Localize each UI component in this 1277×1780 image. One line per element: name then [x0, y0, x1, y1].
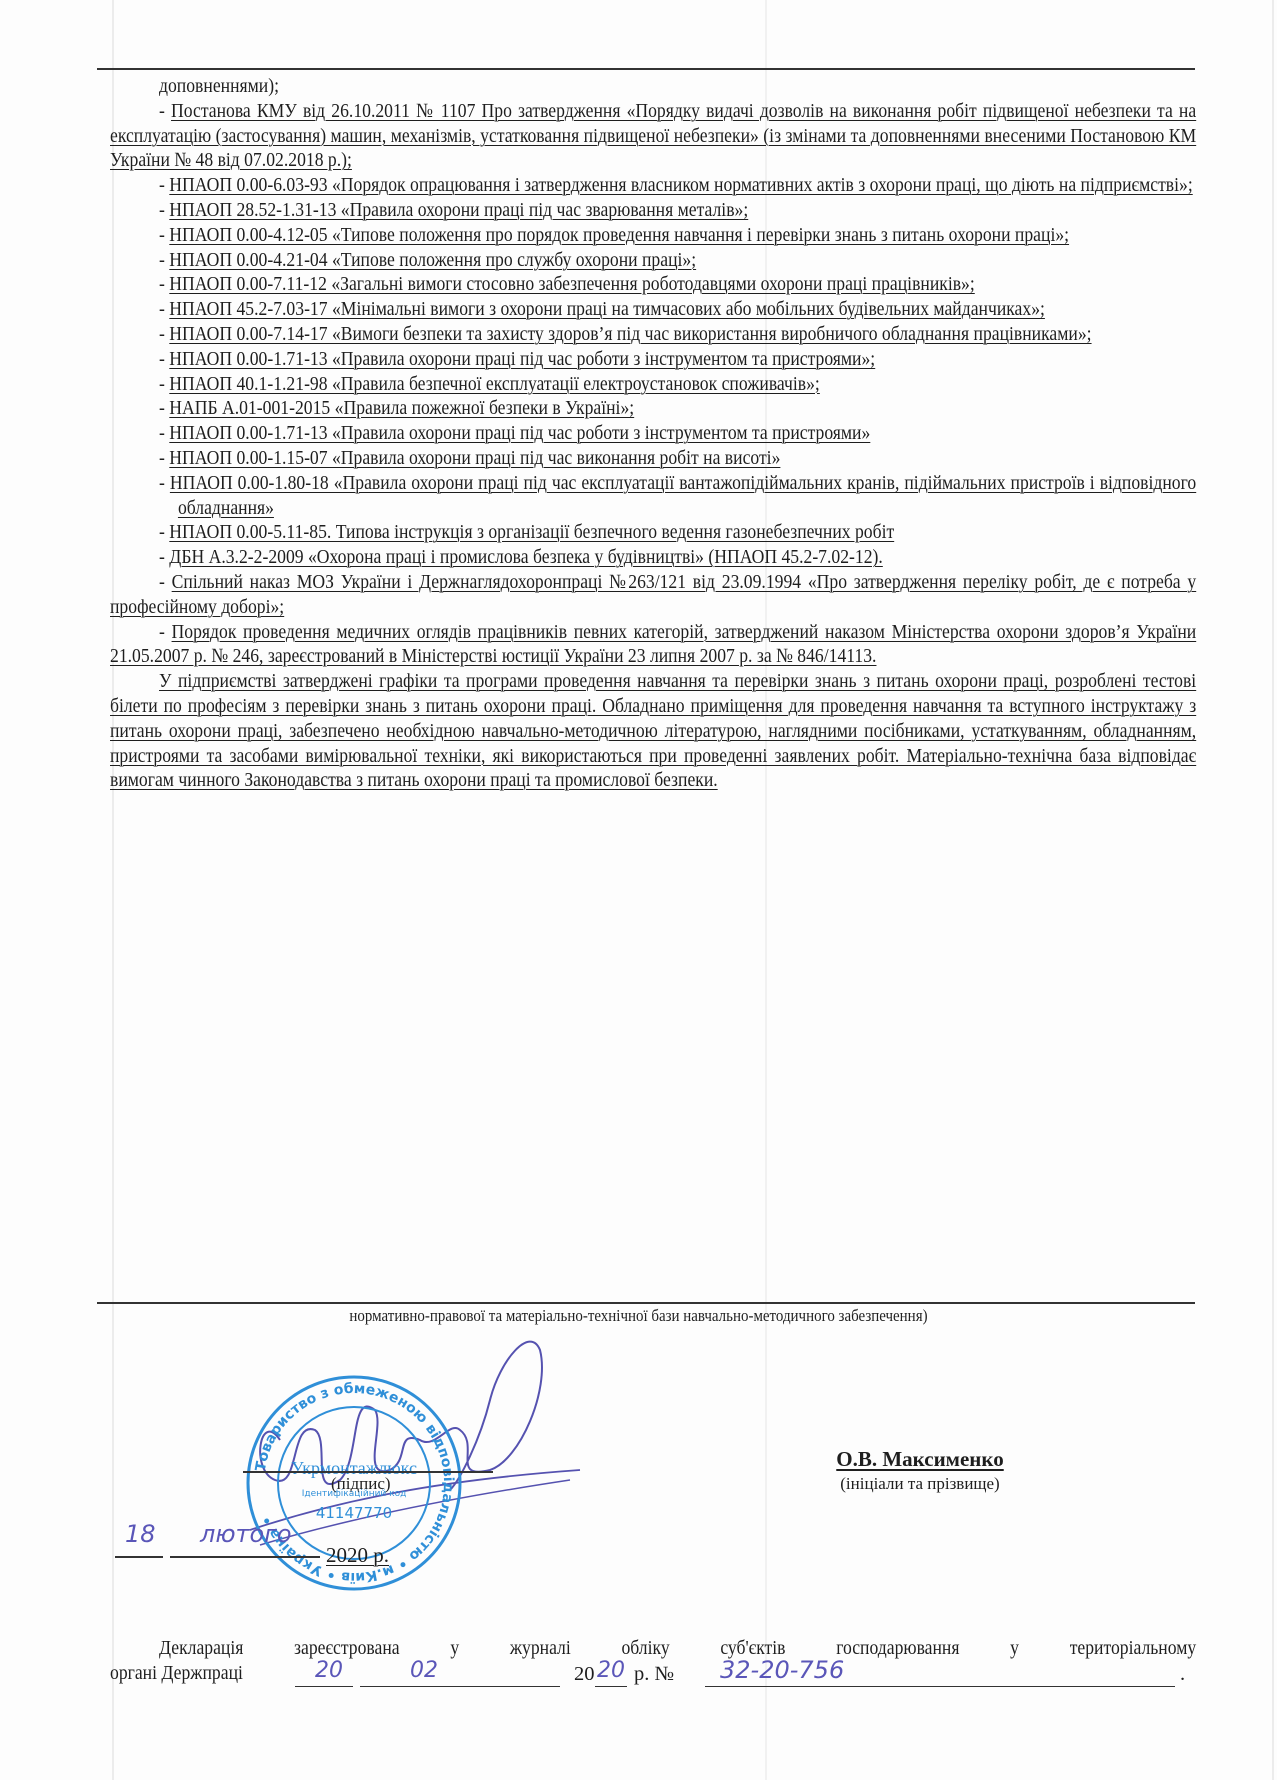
svg-text:41147770: 41147770	[316, 1504, 392, 1522]
list-item: - НПАОП 28.52-1.31-13 «Правила охорони п…	[110, 198, 1196, 223]
list-item-text: НАПБ А.01-001-2015 «Правила пожежної без…	[169, 397, 634, 419]
document-body: доповненнями); - Постанова КМУ від 26.10…	[110, 74, 1196, 793]
field-caption: нормативно-правової та матеріально-техні…	[0, 1306, 1277, 1326]
reg-number-line	[705, 1686, 1175, 1687]
list-item-text: НПАОП 0.00-5.11-85. Типова інструкція з …	[169, 521, 894, 543]
signatory-block: О.В. Максименко (ініціали та прізвище)	[800, 1447, 1040, 1494]
list-bullet: -	[159, 472, 170, 494]
list-item: - Порядок проведення медичних оглядів пр…	[110, 620, 1196, 670]
list-item-text: Порядок проведення медичних оглядів прац…	[110, 621, 1196, 668]
list-item: - НПАОП 0.00-1.80-18 «Правила охорони пр…	[110, 471, 1196, 521]
signature-label: (підпис)	[331, 1474, 391, 1494]
list-item: - НПАОП 0.00-6.03-93 «Порядок опрацюванн…	[110, 173, 1196, 198]
reg-year-prefix: 20	[574, 1663, 595, 1686]
list-item: - НПАОП 0.00-4.12-05 «Типове положення п…	[110, 223, 1196, 248]
registration-line-1: Декларація зареєстрована у журналі облік…	[110, 1636, 1196, 1661]
list-item: - Постанова КМУ від 26.10.2011 № 1107 Пр…	[110, 99, 1196, 173]
date-day-handwritten: 18	[125, 1520, 156, 1548]
list-bullet: -	[159, 447, 169, 469]
list-bullet: -	[159, 348, 169, 370]
registration-prefix: органі Держпраці	[110, 1662, 243, 1684]
reg-number-label: р. №	[634, 1663, 674, 1686]
list-bullet: -	[159, 273, 169, 295]
list-item: - НПАОП 0.00-1.71-13 «Правила охорони пр…	[110, 421, 1196, 446]
list-item: - НПАОП 0.00-7.14-17 «Вимоги безпеки та …	[110, 322, 1196, 347]
list-item-text: Постанова КМУ від 26.10.2011 № 1107 Про …	[110, 100, 1196, 172]
signatory-name: О.В. Максименко	[800, 1447, 1040, 1472]
list-bullet: -	[159, 249, 169, 271]
list-item: - НПАОП 40.1-1.21-98 «Правила безпечної …	[110, 372, 1196, 397]
list-bullet: -	[159, 100, 171, 122]
list-bullet: -	[159, 174, 169, 196]
list-bullet: -	[159, 397, 169, 419]
date-month-handwritten: лютого	[200, 1520, 292, 1548]
continuation-line: доповненнями);	[110, 74, 1196, 99]
list-bullet: -	[159, 621, 172, 643]
list-bullet: -	[159, 546, 169, 568]
closing-paragraph-text: У підприємстві затверджені графіки та пр…	[110, 670, 1196, 791]
list-bullet: -	[159, 199, 169, 221]
list-bullet: -	[159, 323, 169, 345]
list-item-text: НПАОП 0.00-7.11-12 «Загальні вимоги стос…	[169, 273, 974, 295]
reg-day-line	[295, 1686, 353, 1687]
date-day-line	[115, 1556, 163, 1558]
list-item-text: Спільний наказ МОЗ України і Держнаглядо…	[110, 571, 1196, 618]
list-item-text: НПАОП 0.00-1.15-07 «Правила охорони прац…	[169, 447, 780, 469]
list-bullet: -	[159, 373, 169, 395]
list-item: - НПАОП 0.00-1.71-13 «Правила охорони пр…	[110, 347, 1196, 372]
list-item-text: НПАОП 0.00-1.71-13 «Правила охорони прац…	[169, 348, 875, 370]
list-item: - НПАОП 0.00-4.21-04 «Типове положення п…	[110, 248, 1196, 273]
list-item-text: НПАОП 0.00-6.03-93 «Порядок опрацювання …	[169, 174, 1192, 196]
bottom-rule	[97, 1302, 1195, 1304]
regulation-list: - Постанова КМУ від 26.10.2011 № 1107 Пр…	[110, 99, 1196, 669]
reg-year-handwritten: 20	[597, 1658, 625, 1683]
reg-month-line	[360, 1686, 560, 1687]
reg-month-handwritten: 02	[410, 1658, 438, 1683]
reg-end: .	[1180, 1663, 1185, 1686]
list-bullet: -	[159, 224, 169, 246]
scan-artifact	[1272, 0, 1274, 1780]
closing-paragraph: У підприємстві затверджені графіки та пр…	[110, 669, 1196, 793]
list-item: - НПАОП 0.00-5.11-85. Типова інструкція …	[110, 520, 1196, 545]
list-item: - ДБН А.3.2-2-2009 «Охорона праці і пром…	[110, 545, 1196, 570]
reg-number-handwritten: 32-20-756	[720, 1656, 844, 1684]
list-bullet: -	[159, 521, 169, 543]
list-item-text: НПАОП 0.00-4.21-04 «Типове положення про…	[169, 249, 696, 271]
signatory-name-label: (ініціали та прізвище)	[800, 1474, 1040, 1494]
list-item: - Спільний наказ МОЗ України і Держнагля…	[110, 570, 1196, 620]
list-item-text: НПАОП 28.52-1.31-13 «Правила охорони пра…	[169, 199, 748, 221]
signature-line	[243, 1471, 493, 1473]
list-item: - НПАОП 0.00-7.11-12 «Загальні вимоги ст…	[110, 272, 1196, 297]
list-item-text: НПАОП 40.1-1.21-98 «Правила безпечної ек…	[169, 373, 820, 395]
list-item-text: НПАОП 0.00-7.14-17 «Вимоги безпеки та за…	[169, 323, 1091, 345]
list-item-text: ДБН А.3.2-2-2009 «Охорона праці і промис…	[169, 546, 883, 568]
reg-year-line	[595, 1686, 627, 1687]
list-bullet: -	[159, 298, 169, 320]
list-item-text: НПАОП 0.00-1.80-18 «Правила охорони прац…	[170, 472, 1196, 519]
list-item: - НПАОП 0.00-1.15-07 «Правила охорони пр…	[110, 446, 1196, 471]
list-bullet: -	[159, 422, 169, 444]
list-item: - НАПБ А.01-001-2015 «Правила пожежної б…	[110, 396, 1196, 421]
top-rule	[97, 68, 1195, 70]
reg-day-handwritten: 20	[315, 1658, 343, 1683]
list-bullet: -	[159, 571, 172, 593]
list-item-text: НПАОП 0.00-4.12-05 «Типове положення про…	[169, 224, 1069, 246]
list-item-text: НПАОП 45.2-7.03-17 «Мінімальні вимоги з …	[169, 298, 1045, 320]
date-month-line	[170, 1556, 320, 1558]
date-year: 2020 р.	[326, 1543, 389, 1568]
list-item: - НПАОП 45.2-7.03-17 «Мінімальні вимоги …	[110, 297, 1196, 322]
list-item-text: НПАОП 0.00-1.71-13 «Правила охорони прац…	[169, 422, 870, 444]
